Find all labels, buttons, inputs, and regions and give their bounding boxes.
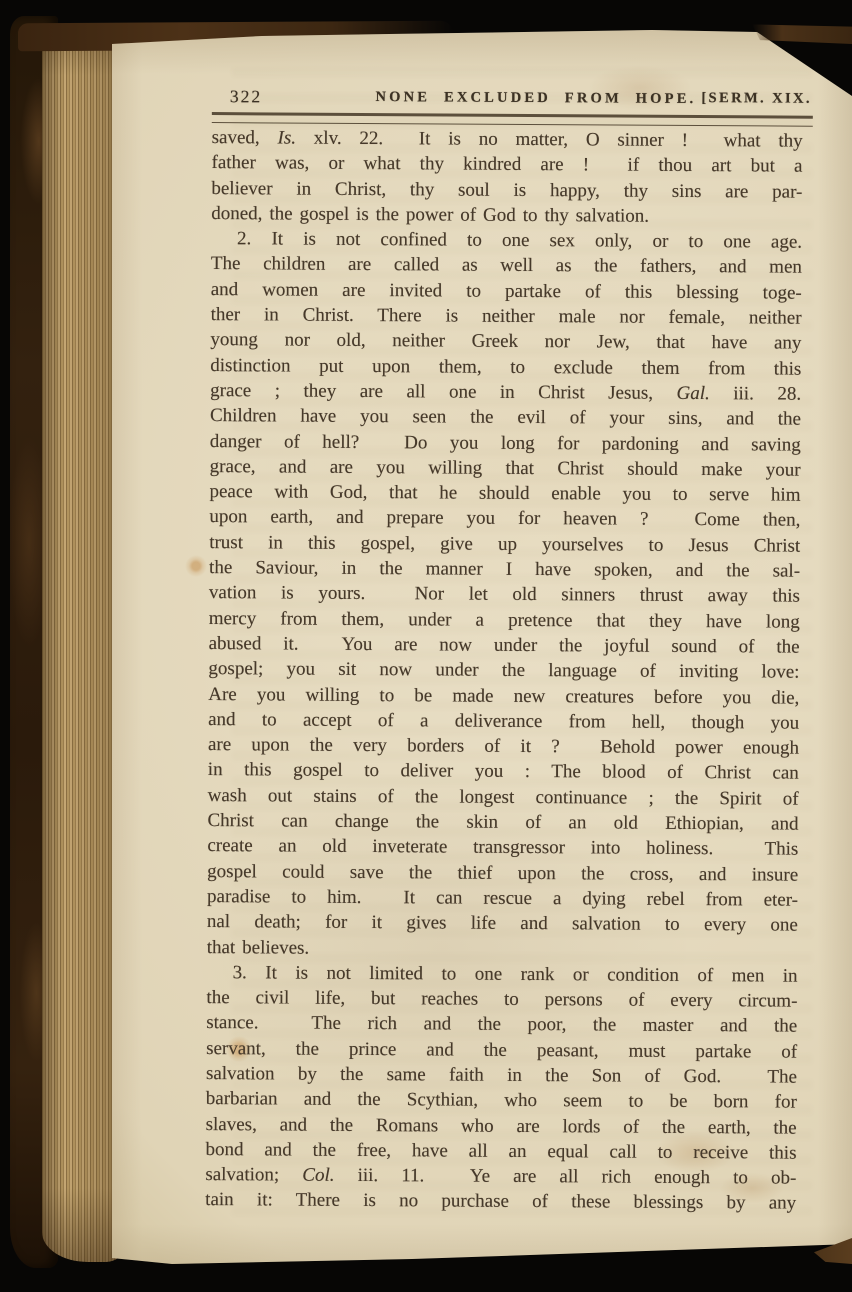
body-text: saved, Is. xlv. 22. It is no matter, O s… [205,125,803,1216]
book: 322 NONE EXCLUDED FROM HOPE. [SERM. XIX.… [0,0,852,1292]
text-line: distinction put upon them, to exclude th… [210,353,801,382]
text-line: doned, the gospel is the power of God to… [211,201,802,230]
text-line: barbarian and the Scythian, who seem to … [206,1086,797,1115]
text-line: father was, or what thy kindred are ! if… [211,150,802,179]
page-header: 322 NONE EXCLUDED FROM HOPE. [SERM. XIX. [212,84,812,112]
text-line: the Saviour, in the manner I have spoken… [209,555,800,584]
text-line: create an old inveterate transgressor in… [207,833,798,862]
text-line: salvation by the same faith in the Son o… [206,1061,797,1090]
page-number: 322 [230,86,262,107]
text-line: peace with God, that he should enable yo… [209,479,800,508]
book-page: 322 NONE EXCLUDED FROM HOPE. [SERM. XIX.… [112,28,852,1264]
text-line: nal death; for it gives life and salvati… [207,909,798,938]
text-line: stance. The rich and the poor, the maste… [206,1010,797,1039]
text-line: saved, Is. xlv. 22. It is no matter, O s… [212,125,803,154]
text-line: the civil life, but reaches to persons o… [206,985,797,1014]
text-line: wash out stains of the longest continuan… [208,783,799,812]
scan-background: { "colors": { "background": "#070605", "… [0,0,852,1292]
text-line: young nor old, neither Greek nor Jew, th… [210,327,801,356]
running-title: NONE EXCLUDED FROM HOPE. [375,89,696,108]
text-line: paradise to him. It can rescue a dying r… [207,884,798,913]
text-line: upon earth, and prepare you for heaven ?… [209,505,800,534]
sermon-reference: [SERM. XIX. [701,90,812,108]
text-line: grace, and are you willing that Christ s… [210,454,801,483]
text-line: salvation; Col. iii. 11. Ye are all rich… [205,1162,796,1191]
text-line: gospel; you sit now under the language o… [208,656,799,685]
text-line: mercy from them, under a pretence that t… [209,606,800,635]
text-line: tain it: There is no purchase of these b… [205,1188,796,1217]
text-line: vation is yours. Nor let old sinners thr… [209,580,800,609]
top-right-cover-corner [752,16,852,44]
page-content: 322 NONE EXCLUDED FROM HOPE. [SERM. XIX.… [105,27,852,1267]
text-line: are upon the very borders of it ? Behold… [208,732,799,761]
header-double-rule [212,112,813,127]
text-line: Children have you seen the evil of your … [210,403,801,432]
text-line: abused it. You are now under the joyful … [209,631,800,660]
page-fore-edges [42,26,124,1262]
text-line: believer in Christ, thy soul is happy, t… [211,176,802,205]
text-line: 3. It is not limited to one rank or cond… [207,960,798,989]
text-line: in this gospel to deliver you : The bloo… [208,757,799,786]
text-line: and women are invited to partake of this… [211,277,802,306]
text-line: danger of hell? Do you long for pardonin… [210,429,801,458]
text-line: slaves, and the Romans who are lords of … [206,1112,797,1141]
text-line: gospel could save the thief upon the cro… [207,859,798,888]
text-line: that believes. [207,935,798,964]
text-line: The children are called as well as the f… [211,252,802,281]
text-line: ther in Christ. There is neither male no… [211,302,802,331]
text-line: 2. It is not confined to one sex only, o… [211,226,802,255]
text-line: servant, the prince and the peasant, mus… [206,1036,797,1065]
text-line: Christ can change the skin of an old Eth… [207,808,798,837]
text-line: trust in this gospel, give up yourselves… [209,530,800,559]
text-line: bond and the free, have all an equal cal… [205,1137,796,1166]
text-line: Are you willing to be made new creatures… [208,682,799,711]
text-line: grace ; they are all one in Christ Jesus… [210,378,801,407]
text-line: and to accept of a deliverance from hell… [208,707,799,736]
